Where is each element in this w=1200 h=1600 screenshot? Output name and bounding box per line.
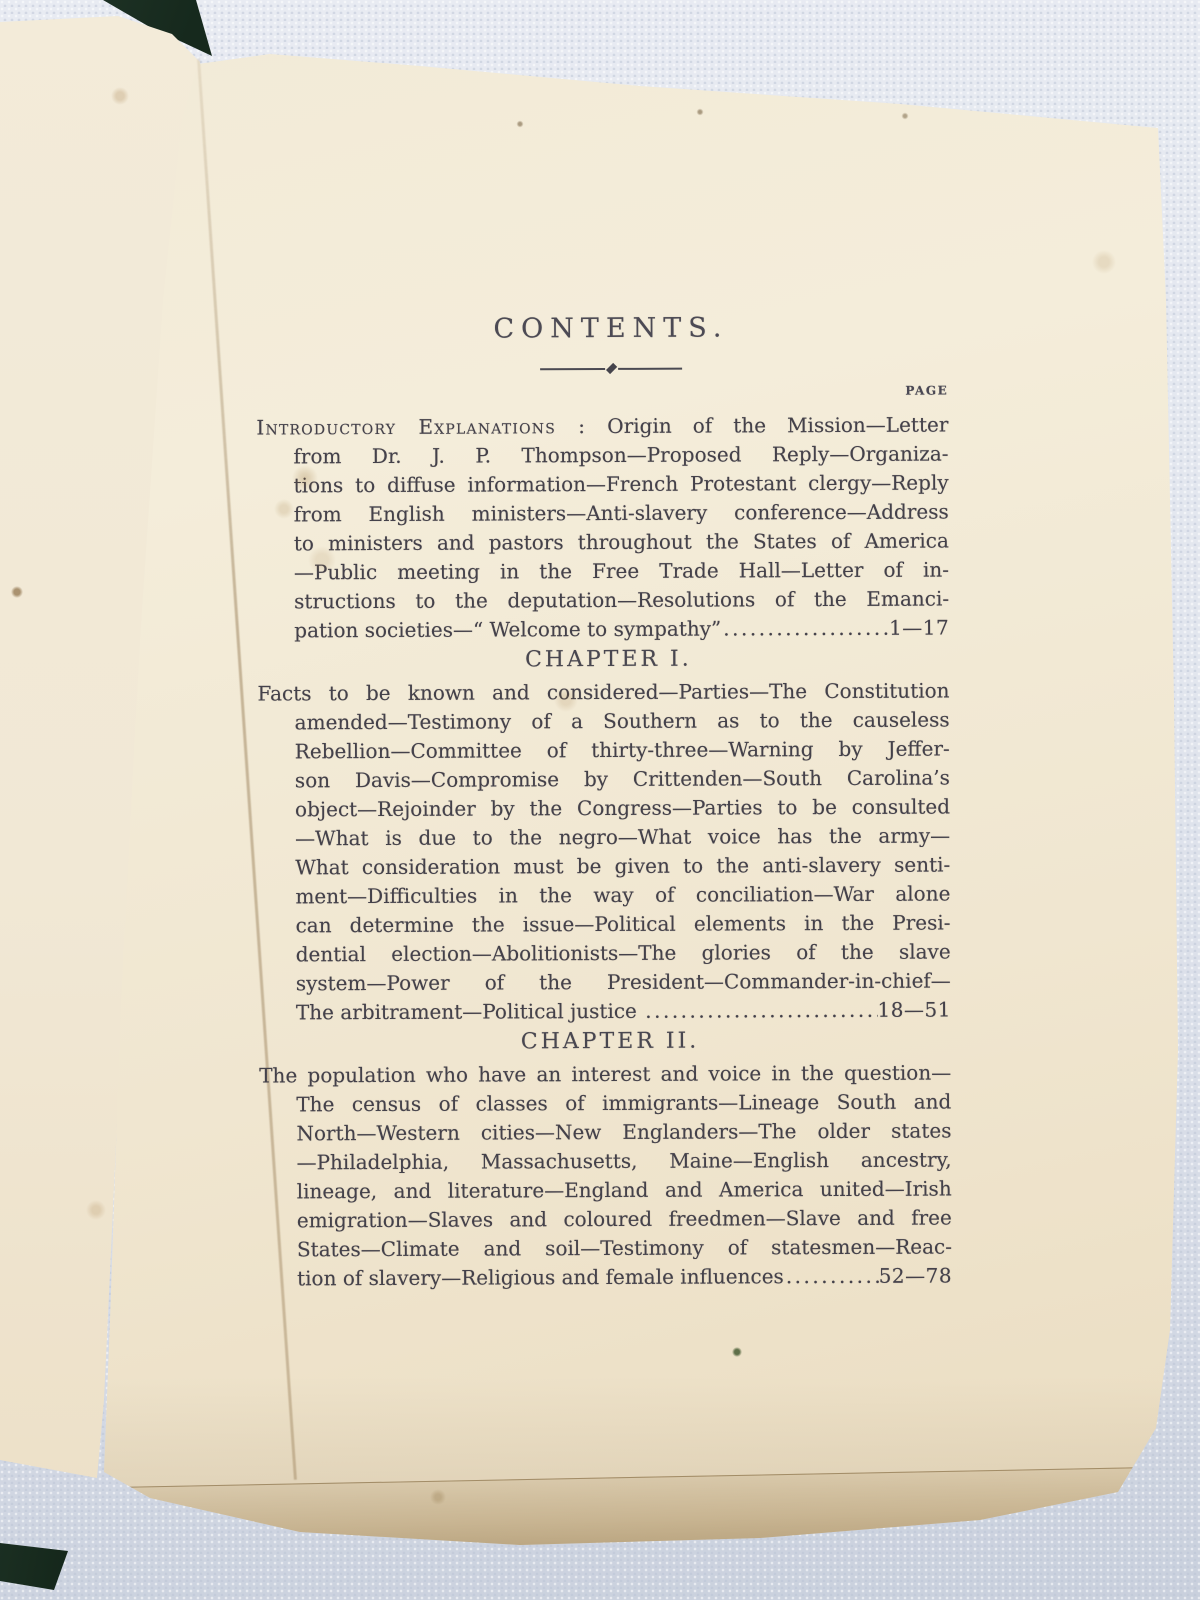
toc-line: The population who have an interest and … — [259, 1058, 951, 1090]
divider-diamond-icon — [605, 363, 616, 374]
book-cover-corner-bottom — [0, 1535, 90, 1600]
page-range: 18—51 — [877, 995, 951, 1024]
divider-ornament — [540, 365, 682, 373]
toc-line: from Dr. J. P. Thompson—Proposed Reply—O… — [256, 439, 948, 471]
toc-line: —What is due to the negro—What voice has… — [258, 821, 950, 853]
chapter-1-heading: CHAPTER I. — [257, 645, 949, 673]
toc-last-line-text: tion of slavery—Religious and female inf… — [297, 1262, 784, 1293]
page-title: CONTENTS. — [256, 310, 948, 347]
dot-leader: ........................................… — [721, 614, 889, 644]
page-column-label: PAGE — [256, 383, 948, 400]
entry-lead-smallcaps: Introductory Explanations : — [256, 414, 586, 439]
contents-text-column: CONTENTS. PAGE Introductory Explanations… — [256, 310, 952, 1293]
book-photo: CONTENTS. PAGE Introductory Explanations… — [0, 0, 1200, 1600]
page-range: 52—78 — [879, 1261, 953, 1290]
entry-lead-rest: Origin of the Mission—Letter — [607, 412, 948, 437]
dot-leader: ........................................… — [643, 996, 877, 1026]
chapter-2-heading: CHAPTER II. — [259, 1027, 951, 1055]
toc-line: tions to diffuse information—French Prot… — [257, 468, 949, 500]
toc-line: system—Power of the President—Commander-… — [259, 966, 951, 998]
toc-line: structions to the deputation—Resolutions… — [257, 584, 949, 616]
toc-line: North—Western cities—New Englanders—The … — [259, 1116, 951, 1148]
toc-line: can determine the issue—Political elemen… — [258, 908, 950, 940]
toc-line: —Philadelphia, Massachusetts, Maine—Engl… — [260, 1145, 952, 1177]
toc-last-line: The arbitrament—Political justice ......… — [259, 995, 951, 1027]
divider-rule-left — [540, 367, 605, 369]
toc-line: amended—Testimony of a Southern as to th… — [258, 705, 950, 737]
toc-last-line-text: The arbitrament—Political justice — [296, 997, 643, 1028]
toc-entry-introductory-explanations: Introductory Explanations : Origin of th… — [256, 410, 949, 645]
divider-rule-right — [618, 367, 683, 369]
toc-line: The census of classes of immigrants—Line… — [259, 1087, 951, 1119]
toc-entry-chapter-1: Facts to be known and considered—Parties… — [257, 676, 951, 1027]
toc-line: emigration—Slaves and coloured freedmen—… — [260, 1203, 952, 1235]
toc-line: Facts to be known and considered—Parties… — [257, 676, 949, 708]
toc-line: What consideration must be given to the … — [258, 850, 950, 882]
toc-line: States—Climate and soil—Testimony of sta… — [260, 1232, 952, 1264]
page-stack-edge — [91, 1467, 1172, 1561]
toc-last-line: tion of slavery—Religious and female inf… — [260, 1261, 952, 1293]
toc-last-line: pation societies—“ Welcome to sympathy” … — [257, 613, 949, 645]
toc-line: ment—Difficulties in the way of concilia… — [258, 879, 950, 911]
toc-line: son Davis—Compromise by Crittenden—South… — [258, 763, 950, 795]
toc-line: dential election—Abolitionists—The glori… — [259, 937, 951, 969]
toc-line: Introductory Explanations : Origin of th… — [256, 410, 948, 442]
dot-leader: ........................................… — [784, 1262, 879, 1291]
toc-line: from English ministers—Anti-slavery conf… — [257, 497, 949, 529]
toc-line: to ministers and pastors throughout the … — [257, 526, 949, 558]
toc-line: —Public meeting in the Free Trade Hall—L… — [257, 555, 949, 587]
toc-last-line-text: pation societies—“ Welcome to sympathy” — [294, 614, 721, 645]
page-range: 1—17 — [889, 613, 949, 642]
toc-line: Rebellion—Committee of thirty-three—Warn… — [258, 734, 950, 766]
toc-line: lineage, and literature—England and Amer… — [260, 1174, 952, 1206]
toc-line: object—Rejoinder by the Congress—Parties… — [258, 792, 950, 824]
toc-entry-chapter-2: The population who have an interest and … — [259, 1058, 952, 1293]
